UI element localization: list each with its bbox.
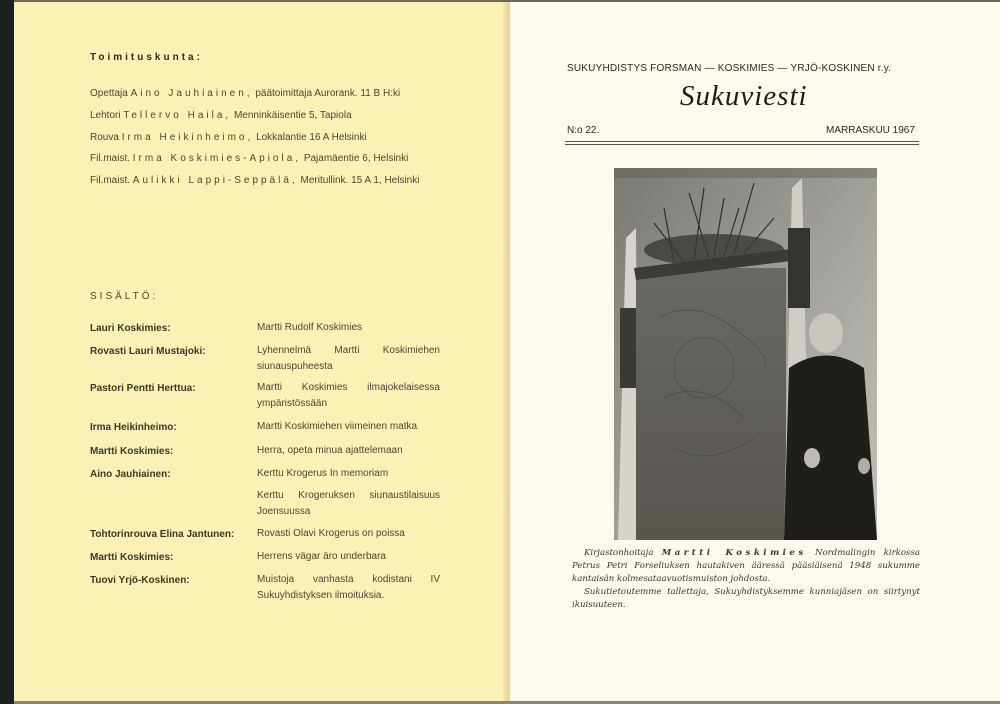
editor-address: Pajamäentie 6, Helsinki [304,153,409,164]
masthead-title: Sukuviesti [680,80,808,113]
toc-title: Martti Koskimies ilmajokelaisessa ympäri… [257,380,440,412]
organization-name: SUKUYHDISTYS FORSMAN — KOSKIMIES — YRJÖ-… [567,63,891,74]
toc-author: Martti Koskimies: [90,552,173,563]
editor-name: Tellervo Haila, [123,110,231,121]
editor-line: Opettaja Aino Jauhiainen, päätoimittaja … [90,88,400,99]
toc-title: Lyhennelmä Martti Koskimiehen siunauspuh… [257,343,440,375]
toc-author: Rovasti Lauri Mustajoki: [90,346,206,357]
photo-caption: Kirjastonhoitaja Martti Koskimies Nordma… [572,547,920,612]
toc-title: Martti Rudolf Koskimies [257,320,440,336]
editor-address: päätoimittaja Aurorank. 11 B H:ki [255,88,400,99]
editor-line: Fil.maist. Irma Koskimies-Apiola, Pajamä… [90,153,408,164]
editor-prefix: Rouva [90,132,119,143]
toc-author: Tohtorinrouva Elina Jantunen: [90,529,234,540]
contents-heading: SISÄLTÖ: [90,291,158,302]
editor-name: Aulikki Lappi-Seppälä, [133,175,298,186]
editor-address: Meritullink. 15 A 1, Helsinki [301,175,420,186]
toc-author: Irma Heikinheimo: [90,422,177,433]
toc-title: Muistoja vanhasta kodistani IV Sukuyhdis… [257,572,440,604]
toc-title: Rovasti Olavi Krogerus on poissa [257,526,440,542]
memorial-photo [614,168,877,540]
photo-image [614,168,877,540]
toc-title: Kerttu Krogerus In memoriam [257,466,440,482]
editor-name: Irma Koskimies-Apiola, [133,153,301,164]
toc-author: Martti Koskimies: [90,446,173,457]
toc-title: Martti Koskimiehen viimeinen matka [257,419,440,435]
toc-author: Tuovi Yrjö-Koskinen: [90,575,190,586]
toc-title: Kerttu Krogeruksen siunaustilaisuus Joen… [257,488,440,520]
editor-prefix: Lehtori [90,110,121,121]
toc-author: Aino Jauhiainen: [90,469,171,480]
editor-line: Rouva Irma Heikinheimo, Lokkalantie 16 A… [90,132,367,143]
toc-title: Herrens vägar äro underbara [257,549,440,565]
issue-date: MARRASKUU 1967 [826,125,915,136]
book-spine [0,0,14,704]
caption-lead: Kirjastonhoitaja [584,548,653,558]
editor-prefix: Fil.maist. [90,175,130,186]
editorial-heading: Toimituskunta: [90,52,203,63]
top-edge [14,0,1000,2]
editor-line: Lehtori Tellervo Haila, Menninkäisentie … [90,110,352,121]
editor-address: Lokkalantie 16 A Helsinki [256,132,367,143]
editor-name: Irma Heikinheimo, [122,132,254,143]
editor-prefix: Opettaja [90,88,128,99]
caption-obituary: Sukutietoutemme tallettaja, Sukuyhdistyk… [572,586,920,612]
editor-address: Menninkäisentie 5, Tapiola [234,110,352,121]
toc-title: Herra, opeta minua ajattelemaan [257,443,440,459]
divider-rule [565,141,919,142]
editor-line: Fil.maist. Aulikki Lappi-Seppälä, Meritu… [90,175,419,186]
toc-author: Pastori Pentti Herttua: [90,383,196,394]
editor-name: Aino Jauhiainen, [131,88,253,99]
toc-author: Lauri Koskimies: [90,323,171,334]
editor-prefix: Fil.maist. [90,153,130,164]
issue-number: N:o 22. [567,125,599,136]
caption-name: Martti Koskimies [662,548,807,558]
divider-rule [565,144,919,145]
